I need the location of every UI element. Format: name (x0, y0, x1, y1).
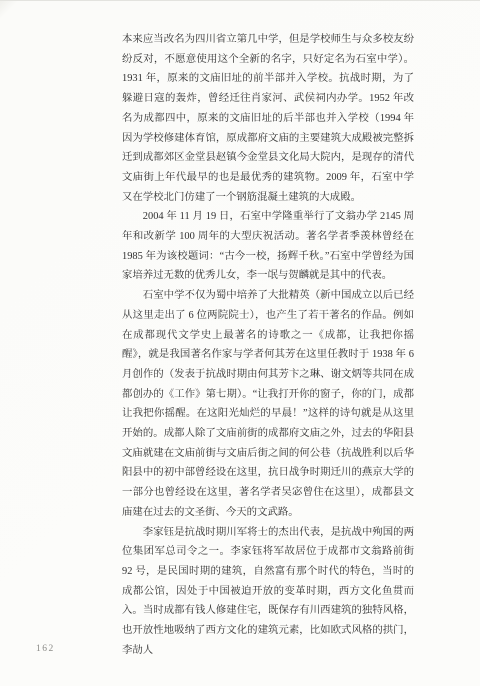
paragraph: 2004 年 11 月 19 日，石室中学隆重举行了文翁办学 2145 周年和改… (122, 207, 414, 286)
paragraph: 本来应当改名为四川省立第几中学，但是学校师生与众多校友纷纷反对，不愿意使用这个全… (122, 30, 414, 207)
paragraph: 李家钰是抗战时期川军将士的杰出代表，是抗战中殉国的两位集团军总司令之一。李家钰将… (122, 523, 414, 661)
paragraph: 石室中学不仅为蜀中培养了大批精英（新中国成立以后已经从这里走出了 6 位两院院士… (122, 286, 414, 522)
body-text: 本来应当改名为四川省立第几中学，但是学校师生与众多校友纷纷反对，不愿意使用这个全… (122, 30, 414, 661)
page-number: 162 (36, 644, 55, 654)
book-page: 本来应当改名为四川省立第几中学，但是学校师生与众多校友纷纷反对，不愿意使用这个全… (0, 0, 480, 686)
